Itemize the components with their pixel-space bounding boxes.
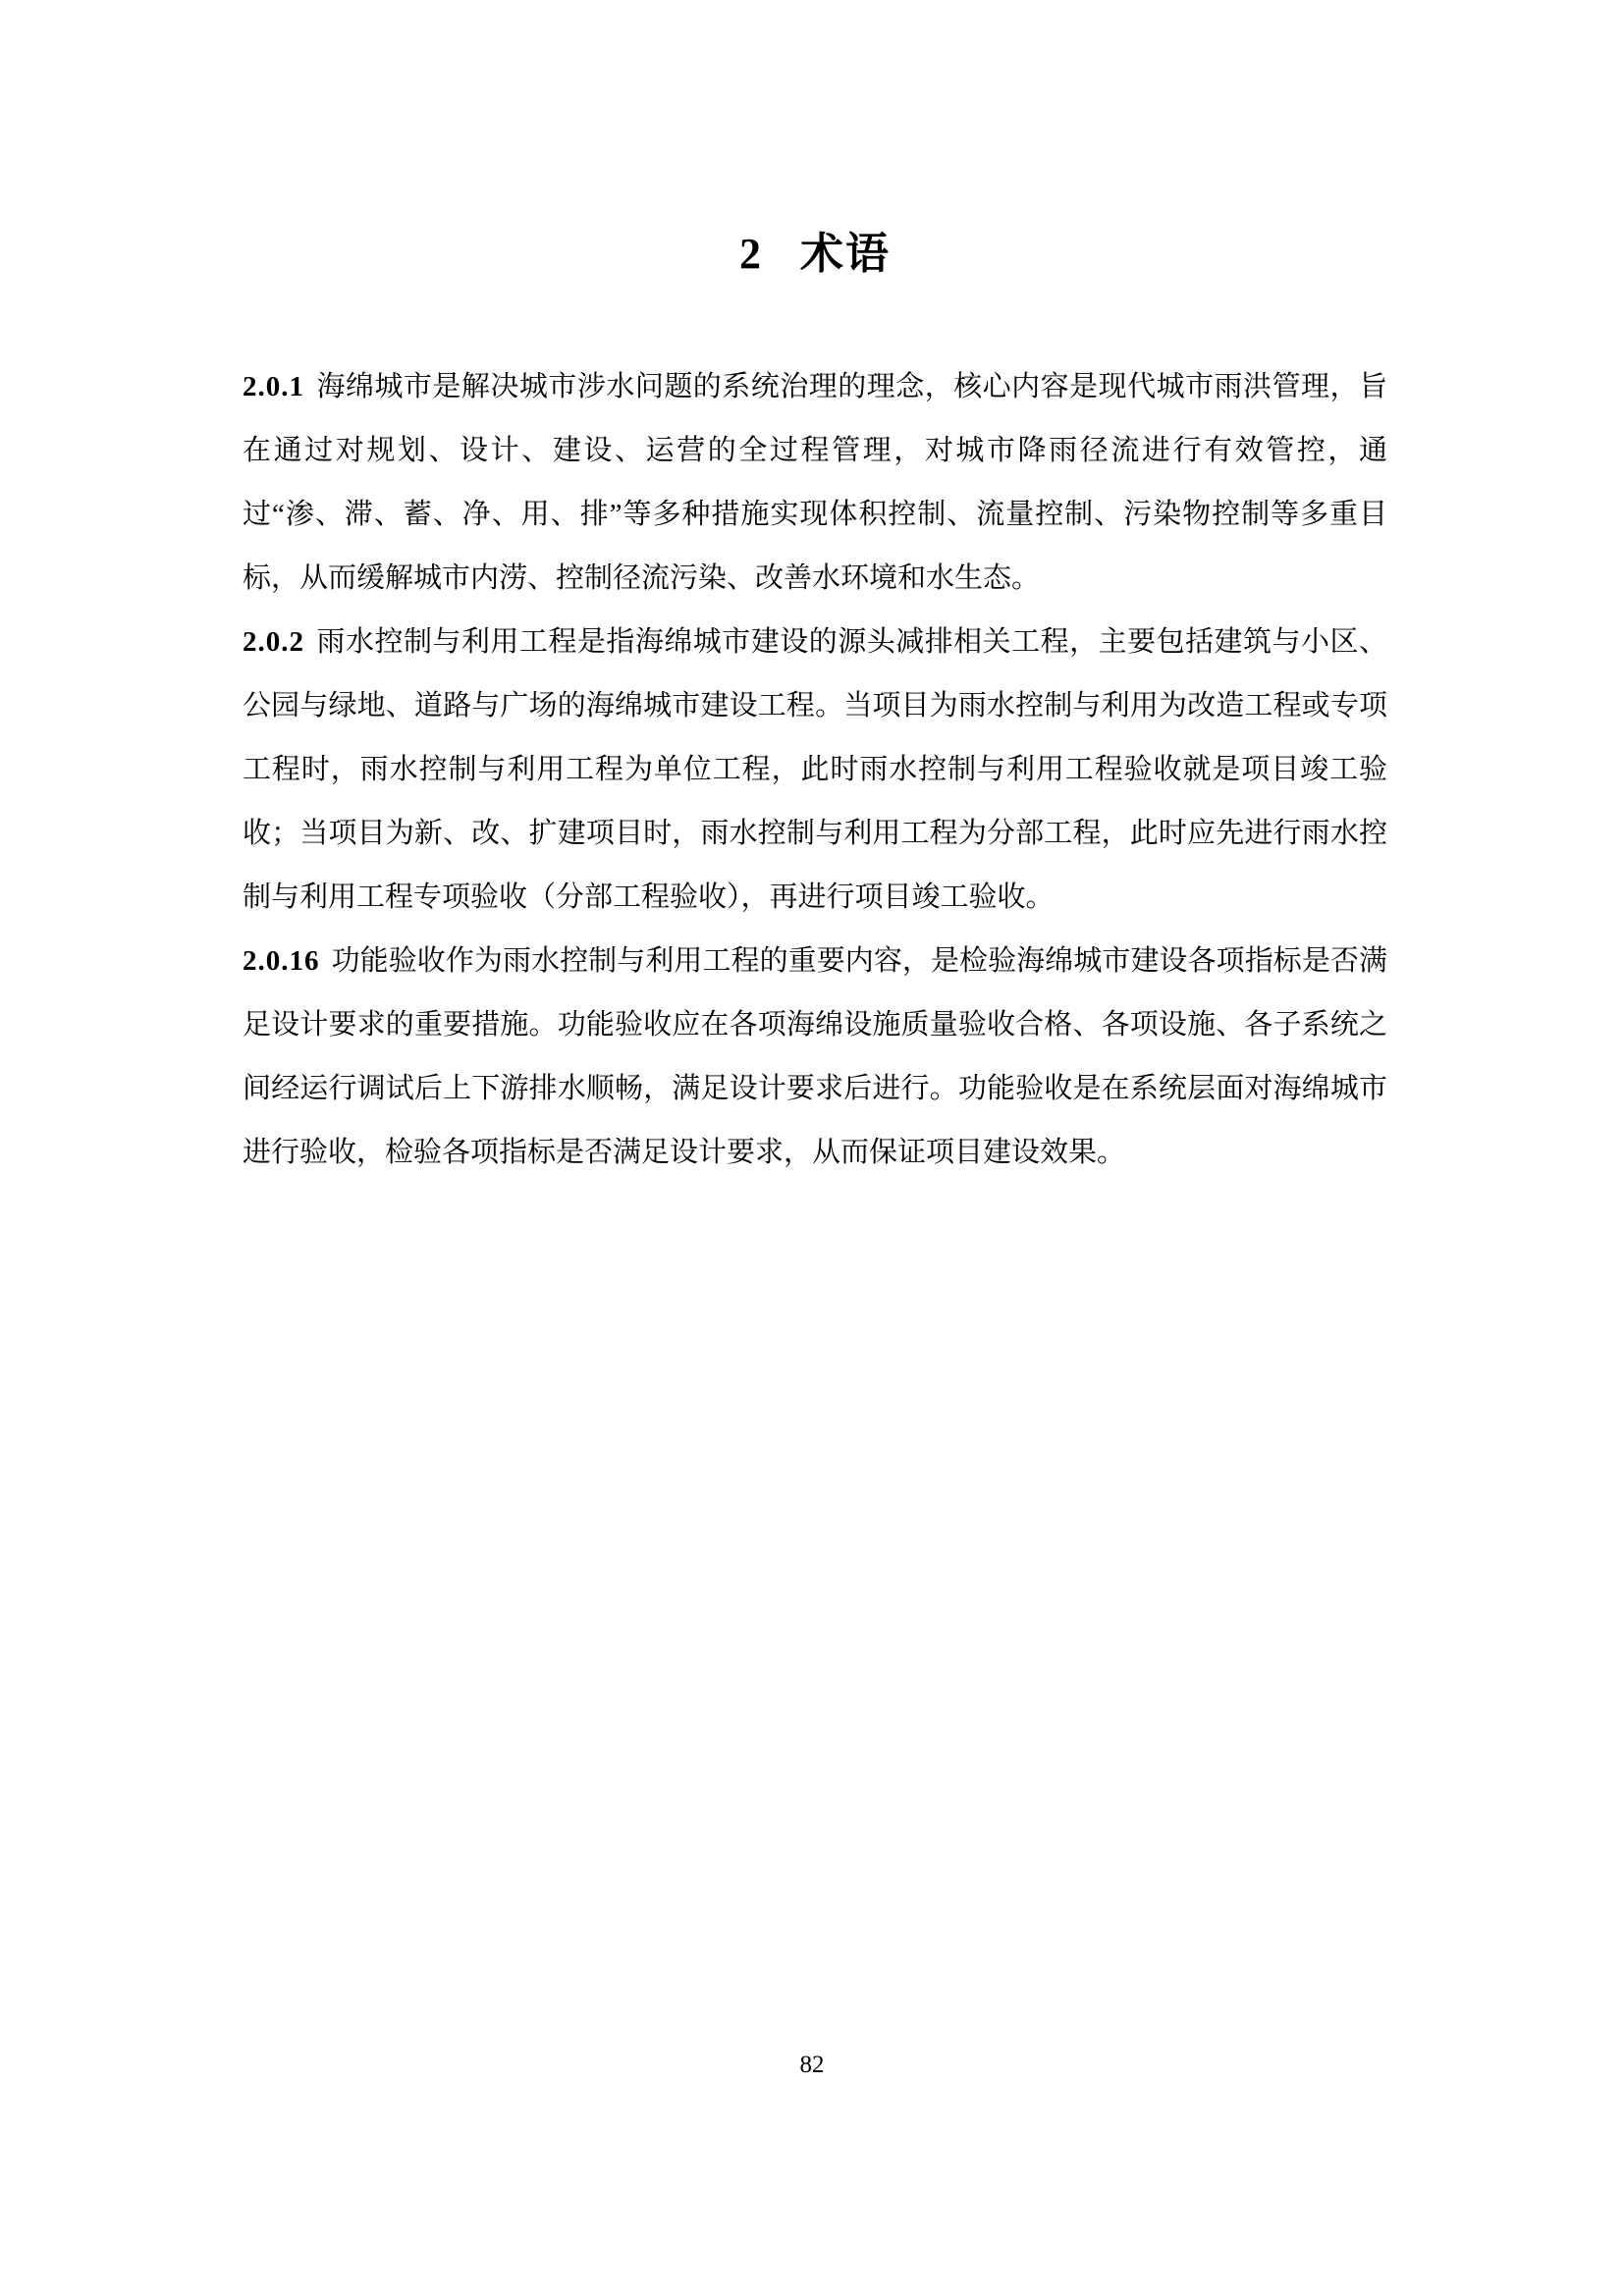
document-page: 2术语 2.0.1海绵城市是解决城市涉水问题的系统治理的理念，核心内容是现代城市… (0, 0, 1624, 2296)
term-definition-text: 雨水控制与利用工程是指海绵城市建设的源头减排相关工程，主要包括建筑与小区、公园与… (243, 626, 1387, 913)
term-number: 2.0.16 (243, 945, 320, 977)
page-title: 2术语 (243, 218, 1387, 281)
page-number: 82 (0, 2052, 1624, 2079)
term-number: 2.0.2 (243, 626, 304, 658)
chapter-title-text: 术语 (800, 230, 891, 278)
term-paragraph-2-0-2: 2.0.2雨水控制与利用工程是指海绵城市建设的源头减排相关工程，主要包括建筑与小… (243, 611, 1387, 930)
term-definition-text: 功能验收作为雨水控制与利用工程的重要内容，是检验海绵城市建设各项指标是否满足设计… (243, 945, 1387, 1168)
term-definition-text: 海绵城市是解决城市涉水问题的系统治理的理念，核心内容是现代城市雨洪管理，旨在通过… (243, 371, 1387, 594)
term-paragraph-2-0-16: 2.0.16功能验收作为雨水控制与利用工程的重要内容，是检验海绵城市建设各项指标… (243, 930, 1387, 1185)
chapter-number: 2 (739, 230, 763, 278)
term-paragraph-2-0-1: 2.0.1海绵城市是解决城市涉水问题的系统治理的理念，核心内容是现代城市雨洪管理… (243, 355, 1387, 611)
document-body: 2.0.1海绵城市是解决城市涉水问题的系统治理的理念，核心内容是现代城市雨洪管理… (243, 355, 1387, 1185)
term-number: 2.0.1 (243, 371, 304, 402)
